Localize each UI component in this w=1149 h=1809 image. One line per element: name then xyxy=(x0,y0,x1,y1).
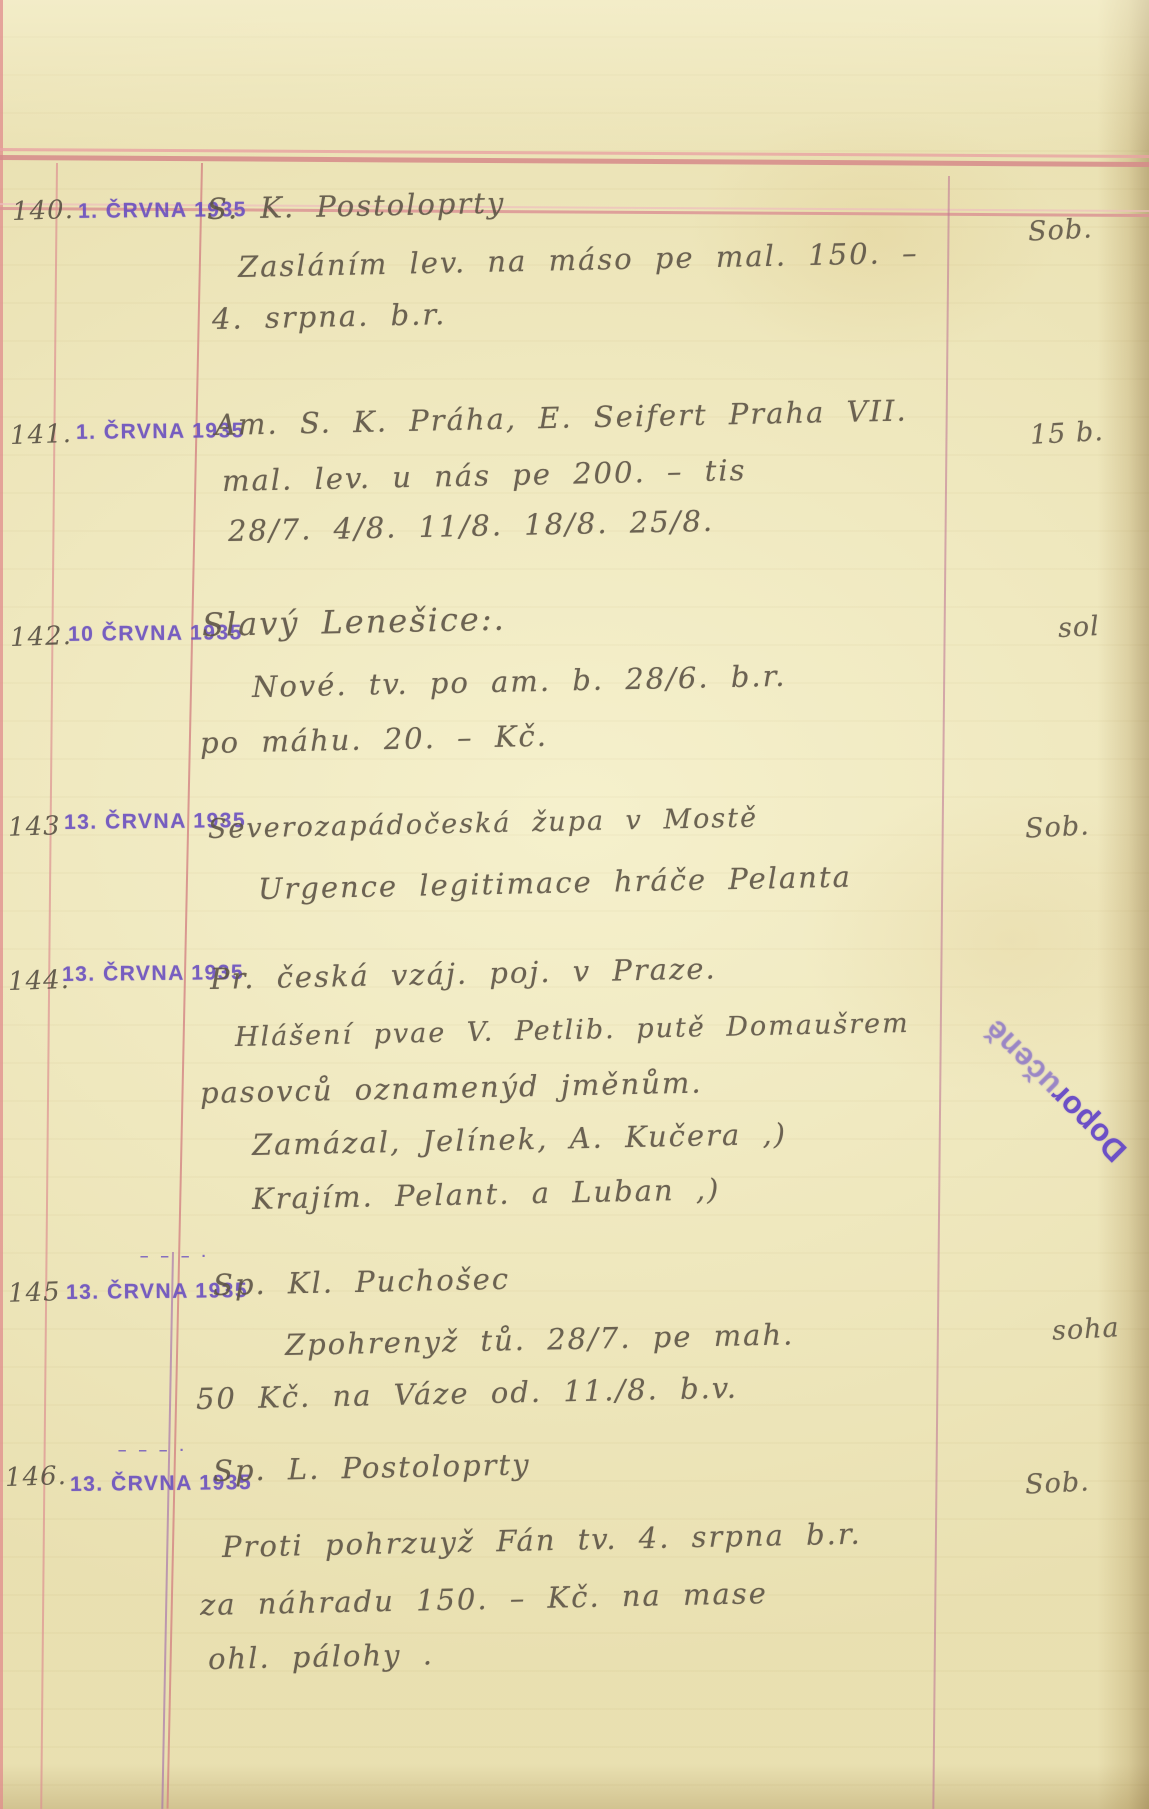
handwritten-line: Am. S. K. Práha, E. Seifert Praha VII. xyxy=(215,393,908,442)
doporucene-stamp: Doporučeně xyxy=(959,994,1136,1171)
stamp-marks: – – – · xyxy=(118,1442,189,1459)
entry-number: 143 xyxy=(7,811,61,843)
margin-annotation: Sob. xyxy=(1027,213,1093,247)
margin-annotation: Sob. xyxy=(1024,1466,1090,1500)
handwritten-line: ohl. pálohy . xyxy=(208,1637,435,1676)
entry-number: 142. xyxy=(9,621,72,653)
handwritten-line: po máhu. 20. – Kč. xyxy=(200,719,549,760)
page-edge-line xyxy=(0,0,3,1809)
handwritten-line: Krajím. Pelant. a Luban ,) xyxy=(252,1172,721,1216)
handwritten-line: Proti pohrzuyž Fán tv. 4. srpna b.r. xyxy=(222,1517,862,1564)
handwritten-line: Sp. Kl. Puchošec xyxy=(213,1262,511,1302)
margin-annotation: 15 b. xyxy=(1029,416,1104,451)
doporucene-stamp-text: Dopor xyxy=(1042,1078,1133,1169)
vertical-rule xyxy=(167,163,203,1809)
stamp-marks: – – – · xyxy=(140,1248,211,1265)
handwritten-line: Sp. L. Postoloprty xyxy=(213,1447,531,1488)
handwritten-line: Pr. česká vzáj. poj. v Praze. xyxy=(210,951,717,996)
handwritten-line: 50 Kč. na Váze od. 11./8. b.v. xyxy=(196,1371,739,1416)
handwritten-line: mal. lev. u nás pe 200. – tis xyxy=(222,453,747,498)
handwritten-line: S. K. Postoloprty xyxy=(207,186,506,226)
margin-annotation: soha xyxy=(1051,1312,1120,1346)
ledger-page: 140. 1. ČRVNA 1935 S. K. Postoloprty Zas… xyxy=(0,0,1149,1809)
entry-number: 141. xyxy=(9,419,72,451)
handwritten-line: 28/7. 4/8. 11/8. 18/8. 25/8. xyxy=(228,504,715,548)
handwritten-line: Zamázal, Jelínek, A. Kučera ,) xyxy=(252,1117,788,1162)
entry-number: 145 xyxy=(7,1277,61,1309)
vertical-rule xyxy=(932,176,950,1809)
entry-number: 140. xyxy=(11,195,74,227)
handwritten-line: pasovců oznamenýd jměnům. xyxy=(200,1065,703,1110)
entry-number: 146. xyxy=(4,1461,67,1493)
handwritten-line: 4. srpna. b.r. xyxy=(212,297,447,336)
handwritten-line: Zpohrenyž tů. 28/7. pe mah. xyxy=(285,1317,795,1362)
handwritten-line: Zasláním lev. na máso pe mal. 150. – xyxy=(238,236,919,284)
doporucene-stamp-text-faded: učeně xyxy=(977,1013,1067,1103)
handwritten-line: za náhradu 150. – Kč. na mase xyxy=(200,1576,769,1622)
handwritten-line: Severozapádočeská župa v Mostě xyxy=(208,802,759,845)
margin-annotation: sol xyxy=(1057,611,1100,644)
handwritten-line: Slavý Lenešice:. xyxy=(202,600,506,644)
margin-annotation: Sob. xyxy=(1024,810,1090,844)
handwritten-line: Hlášení pvae V. Petlib. putě Domaušrem xyxy=(235,1008,910,1053)
handwritten-line: Nové. tv. po am. b. 28/6. b.r. xyxy=(252,659,787,704)
handwritten-line: Urgence legitimace hráče Pelanta xyxy=(258,860,853,906)
